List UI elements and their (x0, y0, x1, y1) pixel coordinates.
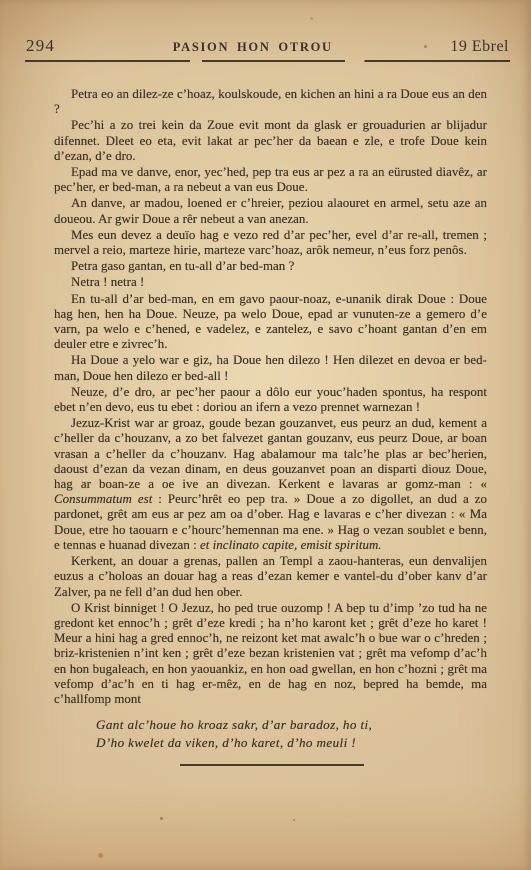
closing-verse: Gant alc’houe ho kroaz sakr, d’ar barado… (96, 716, 531, 751)
page-header: 294 PASION HON OTROU 19 Ebrel (26, 36, 509, 56)
paragraph: Petra gaso gantan, en tu-all d’ar bed-ma… (54, 259, 487, 274)
paragraph: Petra eo an dilez-ze c’hoaz, koulskoude,… (54, 87, 487, 117)
paper-speck (310, 17, 313, 20)
paper-speck (98, 853, 103, 858)
book-page: 294 PASION HON OTROU 19 Ebrel Petra eo a… (0, 0, 531, 870)
paragraph-text: Jezuz-Krist war ar groaz, goude bezan go… (54, 416, 487, 491)
paper-speck (160, 817, 163, 820)
latin-phrase: et inclinato capite, emisit spiritum. (200, 538, 382, 552)
header-divider (25, 60, 510, 62)
paragraph: An danve, ar madou, loened er c’hreier, … (54, 196, 487, 226)
paragraph: Mes eun devez a deuïo hag e vezo red d’a… (54, 228, 487, 258)
date-label: 19 Ebrel (450, 38, 509, 56)
paragraph: O Krist binniget ! O Jezuz, ho ped true … (54, 601, 487, 707)
paragraph: Jezuz-Krist war ar groaz, goude bezan go… (54, 416, 487, 553)
verse-line: Gant alc’houe ho kroaz sakr, d’ar barado… (96, 716, 531, 734)
paragraph: En tu-all d’ar bed-man, en em gavo paour… (54, 292, 487, 353)
running-title: PASION HON OTROU (55, 40, 450, 55)
end-divider (180, 764, 364, 766)
latin-phrase: Consummatum est (54, 492, 152, 506)
paper-speck (293, 819, 295, 821)
paragraph: Ha Doue a yelo war e giz, ha Doue hen di… (54, 353, 487, 383)
paragraph: Netra ! netra ! (54, 275, 487, 290)
paragraph: Kerkent, an douar a grenas, pallen an Te… (54, 554, 487, 600)
page-number: 294 (26, 36, 55, 56)
paragraph: Neuze, d’e dro, ar pec’her paour a dôlo … (54, 385, 487, 415)
paragraph: Pec’hi a zo trei kein da Zoue evit mont … (54, 118, 487, 164)
paper-speck (424, 45, 427, 48)
text-block: Petra eo an dilez-ze c’hoaz, koulskoude,… (54, 87, 487, 707)
paragraph: Epad ma ve danve, enor, yec’hed, pep tra… (54, 165, 487, 195)
verse-line: D’ho kwelet da viken, d’ho karet, d’ho m… (96, 734, 531, 752)
